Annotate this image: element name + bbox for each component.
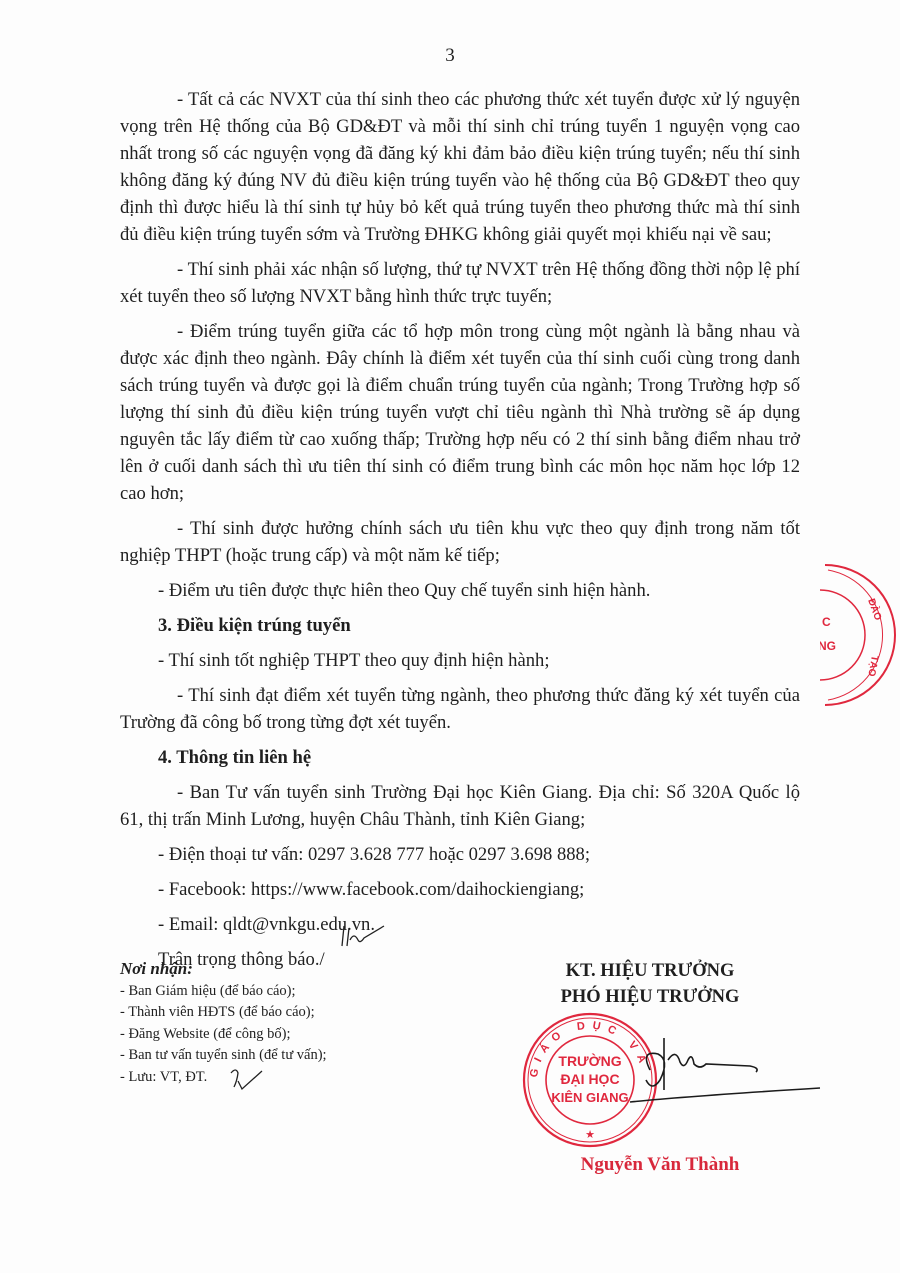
section-heading: 3. Điều kiện trúng tuyển [120,612,800,639]
list-item: - Thí sinh tốt nghiệp THPT theo quy định… [120,647,800,674]
list-item: - Thí sinh đạt điểm xét tuyển từng ngành… [120,682,800,736]
archive-initial-icon [228,1067,264,1091]
list-item: - Điện thoại tư vấn: 0297 3.628 777 hoặc… [120,841,800,868]
signer-name: Nguyễn Văn Thành [540,1154,780,1176]
paragraph: - Thí sinh phải xác nhận số lượng, thứ t… [120,256,800,310]
partial-stamp-icon: ĐÀO TẠO C NG [820,560,900,710]
recipient-item: - Thành viên HĐTS (để báo cáo); [120,1002,327,1024]
recipient-item: - Ban Giám hiệu (để báo cáo); [120,981,327,1003]
list-item: - Email: qldt@vnkgu.edu.vn. [120,911,800,938]
initial-signature-icon [338,922,388,950]
paragraph: - Thí sinh được hưởng chính sách ưu tiên… [120,515,800,569]
paragraph: - Điểm trúng tuyển giữa các tổ hợp môn t… [120,318,800,507]
svg-text:C: C [822,615,831,629]
stamp-line2: ĐẠI HỌC [560,1071,619,1087]
section-heading: 4. Thông tin liên hệ [120,744,800,771]
signer-title-line1: KT. HIỆU TRƯỞNG [520,958,780,984]
svg-text:ĐÀO: ĐÀO [865,597,885,623]
recipient-item: - Đăng Website (để công bố); [120,1024,327,1046]
recipient-item: - Lưu: VT, ĐT. [120,1067,327,1089]
list-item: - Facebook: https://www.facebook.com/dai… [120,876,800,903]
document-body: - Tất cả các NVXT của thí sinh theo các … [120,86,800,973]
principal-signature-icon [630,1030,830,1120]
signer-title-line2: PHÓ HIỆU TRƯỞNG [520,984,780,1010]
page-number: 3 [0,45,900,67]
list-item: - Ban Tư vấn tuyển sinh Trường Đại học K… [120,779,800,833]
paragraph: - Điểm ưu tiên được thực hiên theo Quy c… [120,577,800,604]
stamp-line1: TRƯỜNG [558,1052,621,1069]
signer-title-block: KT. HIỆU TRƯỞNG PHÓ HIỆU TRƯỞNG [520,958,780,1010]
paragraph: - Tất cả các NVXT của thí sinh theo các … [120,86,800,248]
svg-text:NG: NG [820,639,836,653]
recipients-block: Nơi nhận: - Ban Giám hiệu (để báo cáo); … [120,958,327,1088]
svg-text:TẠO: TẠO [865,654,880,677]
recipient-item: - Ban tư vấn tuyển sinh (để tư vấn); [120,1045,327,1067]
stamp-star: ★ [585,1129,595,1141]
stamp-line3: KIÊN GIANG [551,1090,628,1105]
recipients-title: Nơi nhận: [120,958,327,980]
